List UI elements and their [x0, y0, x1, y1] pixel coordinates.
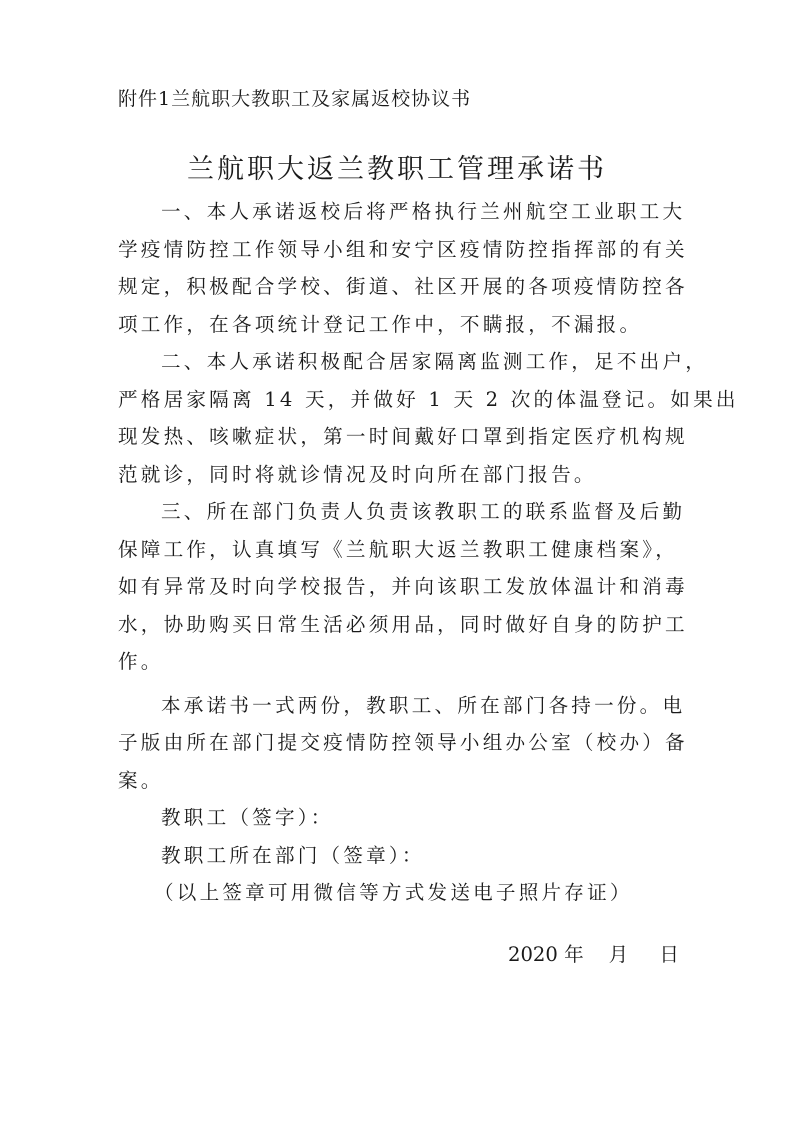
paragraph-line: 案。	[118, 762, 678, 800]
date-line: 2020 年 月 日	[508, 940, 679, 970]
paragraph-line: 范就诊，同时将就诊情况及时向所在部门报告。	[118, 456, 678, 494]
paragraph-line: 二、本人承诺积极配合居家隔离监测工作，足不出户，	[118, 343, 678, 381]
attachment-label: 附件1兰航职大教职工及家属返校协议书	[118, 84, 471, 114]
paragraph-line: 子版由所在部门提交疫情防控领导小组办公室（校办）备	[118, 724, 678, 762]
paragraph-line: 一、本人承诺返校后将严格执行兰州航空工业职工大	[118, 193, 678, 231]
signature-block: 教职工（签字）： 教职工所在部门（签章）： （以上签章可用微信等方式发送电子照片…	[118, 799, 678, 912]
paragraph-line: 学疫情防控工作领导小组和安宁区疫情防控指挥部的有关	[118, 231, 678, 269]
paragraph-line: 现发热、咳嗽症状，第一时间戴好口罩到指定医疗机构规	[118, 418, 678, 456]
paragraph-2: 二、本人承诺积极配合居家隔离监测工作，足不出户， 严格居家隔离 14 天，并做好…	[118, 343, 678, 493]
paragraph-line: 保障工作，认真填写《兰航职大返兰教职工健康档案》，	[118, 531, 678, 569]
paragraph-line: 作。	[118, 643, 678, 681]
document-title: 兰航职大返兰教职工管理承诺书	[0, 150, 794, 190]
paragraph-line: 三、所在部门负责人负责该教职工的联系监督及后勤	[118, 493, 678, 531]
paragraph-1: 一、本人承诺返校后将严格执行兰州航空工业职工大 学疫情防控工作领导小组和安宁区疫…	[118, 193, 678, 343]
department-seal-label: 教职工所在部门（签章）：	[118, 837, 678, 875]
paragraph-line: 严格居家隔离 14 天，并做好 1 天 2 次的体温登记。如果出	[118, 381, 678, 419]
paragraph-line: 本承诺书一式两份，教职工、所在部门各持一份。电	[118, 687, 678, 725]
paragraph-line: 项工作，在各项统计登记工作中，不瞒报，不漏报。	[118, 306, 678, 344]
paragraph-line: 规定，积极配合学校、街道、社区开展的各项疫情防控各	[118, 268, 678, 306]
paragraph-3: 三、所在部门负责人负责该教职工的联系监督及后勤 保障工作，认真填写《兰航职大返兰…	[118, 493, 678, 681]
paragraph-4: 本承诺书一式两份，教职工、所在部门各持一份。电 子版由所在部门提交疫情防控领导小…	[118, 687, 678, 800]
document-page: 附件1兰航职大教职工及家属返校协议书 兰航职大返兰教职工管理承诺书 一、本人承诺…	[0, 0, 794, 1123]
paragraph-line: 水，协助购买日常生活必须用品，同时做好自身的防护工	[118, 606, 678, 644]
paragraph-line: 如有异常及时向学校报告，并向该职工发放体温计和消毒	[118, 568, 678, 606]
document-body: 一、本人承诺返校后将严格执行兰州航空工业职工大 学疫情防控工作领导小组和安宁区疫…	[118, 193, 678, 912]
signature-note: （以上签章可用微信等方式发送电子照片存证）	[118, 874, 678, 912]
staff-signature-label: 教职工（签字）：	[118, 799, 678, 837]
